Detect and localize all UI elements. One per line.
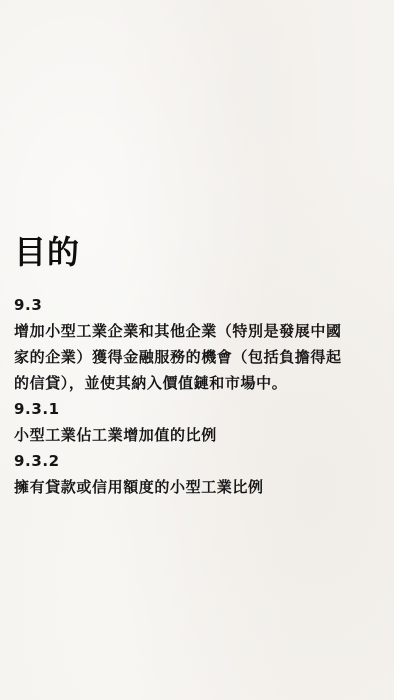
- page: 目的 9.3 增加小型工業企業和其他企業（特別是發展中國 家的企業）獲得金融服務…: [0, 0, 394, 700]
- goal-content: 9.3 增加小型工業企業和其他企業（特別是發展中國 家的企業）獲得金融服務的機會…: [14, 292, 386, 500]
- target-text-line: 家的企業）獲得金融服務的機會（包括負擔得起: [14, 344, 386, 370]
- indicator-code-9-3-1: 9.3.1: [14, 396, 386, 422]
- page-title: 目的: [14, 232, 80, 272]
- target-text-line: 的信貸），並使其納入價值鏈和市場中。: [14, 370, 386, 396]
- indicator-code-9-3-2: 9.3.2: [14, 448, 386, 474]
- target-code-9-3: 9.3: [14, 292, 386, 318]
- indicator-text: 擁有貸款或信用額度的小型工業比例: [14, 474, 386, 500]
- target-text-line: 增加小型工業企業和其他企業（特別是發展中國: [14, 318, 386, 344]
- indicator-text: 小型工業佔工業增加值的比例: [14, 422, 386, 448]
